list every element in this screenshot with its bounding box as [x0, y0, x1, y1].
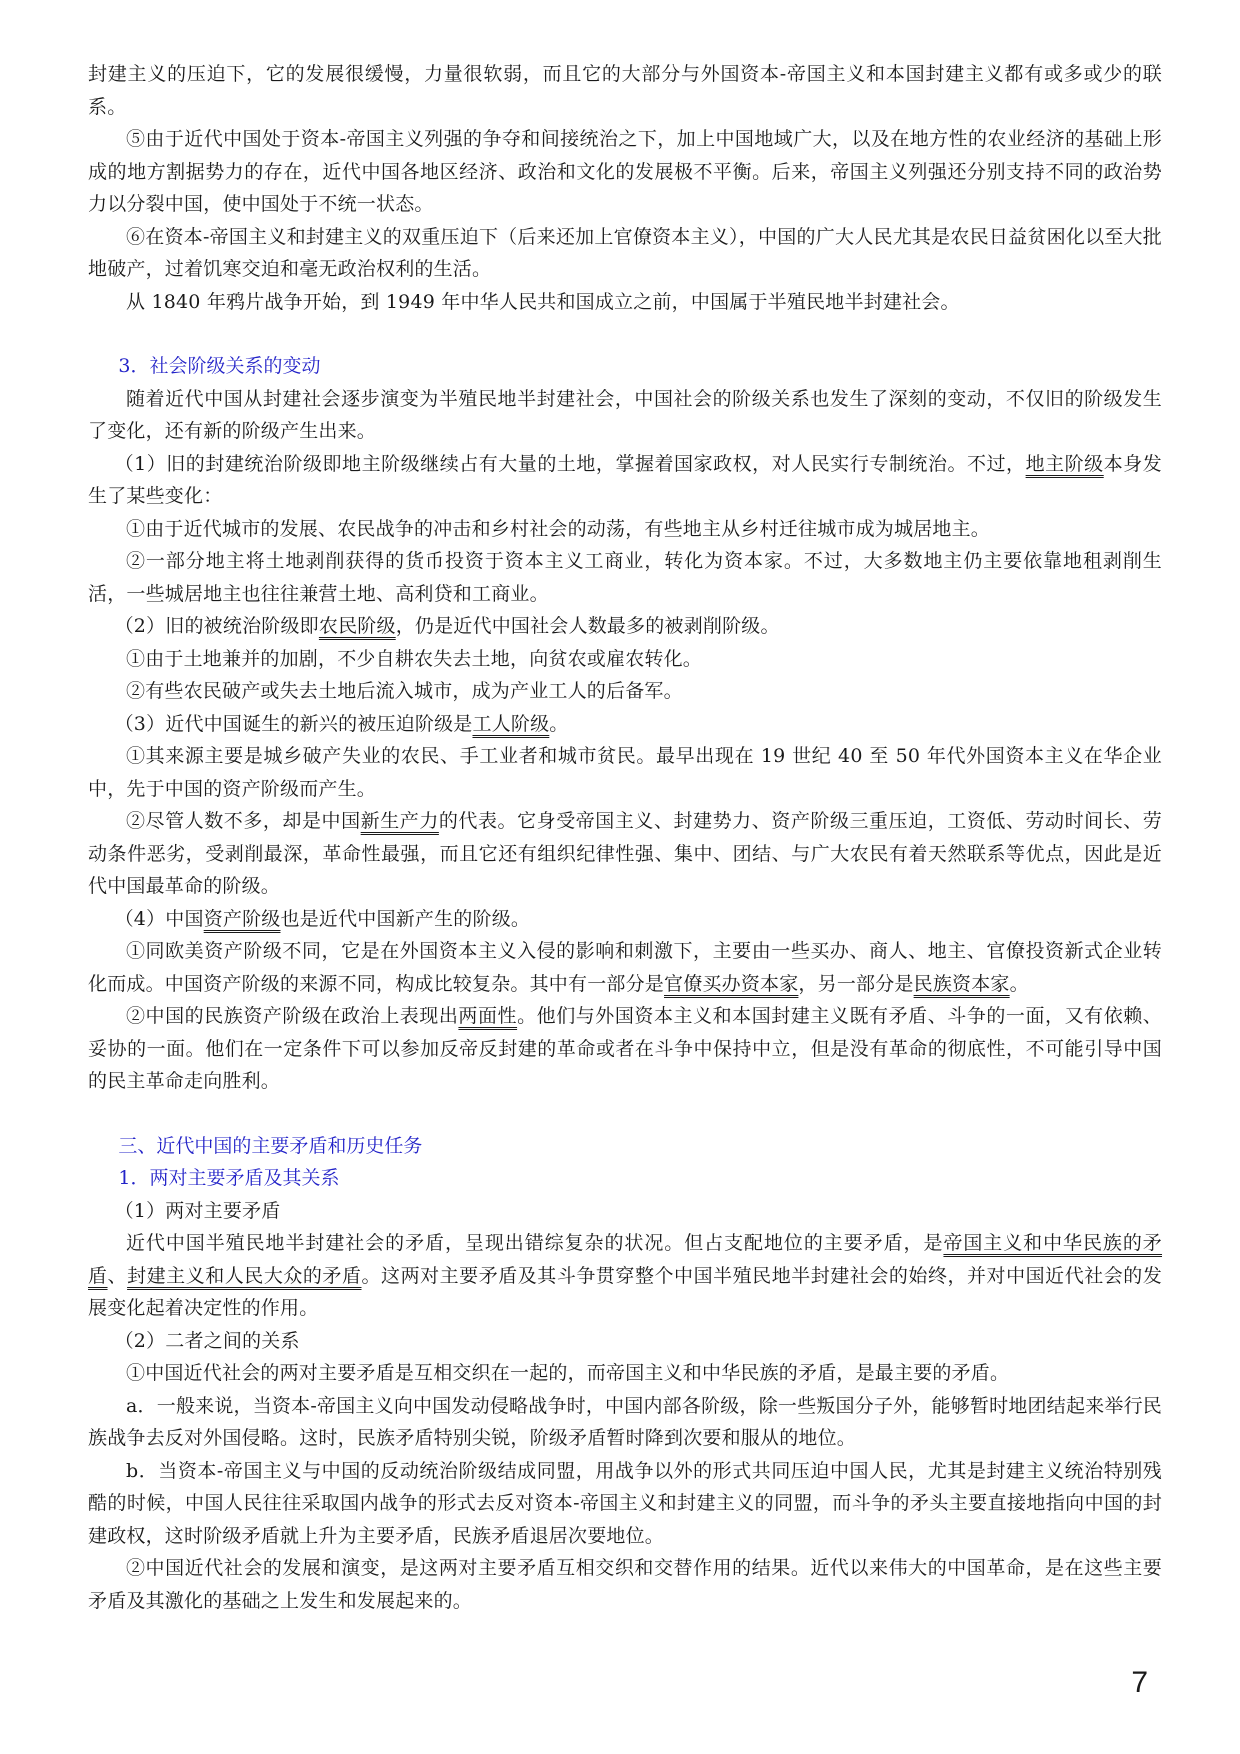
- key-term: 封建主义和人民大众的矛盾: [127, 1265, 361, 1287]
- text: （4）中国: [115, 908, 204, 930]
- key-term: 民族资本家: [914, 973, 1010, 995]
- key-term: 两面性: [458, 1005, 517, 1027]
- paragraph: （4）中国资产阶级也是近代中国新产生的阶级。: [88, 903, 1162, 936]
- text: ，另一部分是: [798, 973, 913, 995]
- list-item: ①由于近代城市的发展、农民战争的冲击和乡村社会的动荡，有些地主从乡村迁往城市成为…: [88, 513, 1162, 546]
- key-term: 官僚买办资本家: [664, 973, 798, 995]
- text: 也是近代中国新产生的阶级。: [281, 908, 531, 930]
- part-heading: 三、近代中国的主要矛盾和历史任务: [88, 1130, 1162, 1163]
- paragraph: ⑤由于近代中国处于资本-帝国主义列强的争夺和间接统治之下，加上中国地域广大，以及…: [88, 123, 1162, 221]
- text: ②尽管人数不多，却是中国: [126, 810, 361, 832]
- key-term: 地主阶级: [1026, 453, 1104, 475]
- paragraph: 随着近代中国从封建社会逐步演变为半殖民地半封建社会，中国社会的阶级关系也发生了深…: [88, 383, 1162, 448]
- text: ，仍是近代中国社会人数最多的被剥削阶级。: [396, 615, 780, 637]
- list-item: ①中国近代社会的两对主要矛盾是互相交织在一起的，而帝国主义和中华民族的矛盾，是最…: [88, 1357, 1162, 1390]
- paragraph: （2）旧的被统治阶级即农民阶级，仍是近代中国社会人数最多的被剥削阶级。: [88, 610, 1162, 643]
- key-term: 资产阶级: [204, 908, 281, 930]
- page-number: 7: [1131, 1666, 1148, 1700]
- text: （3）近代中国诞生的新兴的被压迫阶级是: [115, 713, 473, 735]
- list-item: ②一部分地主将土地剥削获得的货币投资于资本主义工商业，转化为资本家。不过，大多数…: [88, 545, 1162, 610]
- list-item: a．一般来说，当资本-帝国主义向中国发动侵略战争时，中国内部各阶级，除一些叛国分…: [88, 1390, 1162, 1455]
- key-term: 农民阶级: [319, 615, 396, 637]
- text: 。: [549, 713, 568, 735]
- list-item: ②有些农民破产或失去土地后流入城市，成为产业工人的后备军。: [88, 675, 1162, 708]
- subsection-title: （2）二者之间的关系: [88, 1325, 1162, 1358]
- paragraph: 近代中国半殖民地半封建社会的矛盾，呈现出错综复杂的状况。但占支配地位的主要矛盾，…: [88, 1227, 1162, 1325]
- text: （2）旧的被统治阶级即: [115, 615, 319, 637]
- list-item: ①其来源主要是城乡破产失业的农民、手工业者和城市贫民。最早出现在 19 世纪 4…: [88, 740, 1162, 805]
- paragraph: ⑥在资本-帝国主义和封建主义的双重压迫下（后来还加上官僚资本主义），中国的广大人…: [88, 221, 1162, 286]
- subsection-title: （1）两对主要矛盾: [88, 1195, 1162, 1228]
- text: （1）旧的封建统治阶级即地主阶级继续占有大量的土地，掌握着国家政权，对人民实行专…: [115, 453, 1026, 475]
- text: 近代中国半殖民地半封建社会的矛盾，呈现出错综复杂的状况。但占支配地位的主要矛盾，…: [126, 1232, 943, 1254]
- paragraph: （3）近代中国诞生的新兴的被压迫阶级是工人阶级。: [88, 708, 1162, 741]
- document-page: 封建主义的压迫下，它的发展很缓慢，力量很软弱，而且它的大部分与外国资本-帝国主义…: [88, 58, 1162, 1617]
- list-item: ①由于土地兼并的加剧，不少自耕农失去土地，向贫农或雇农转化。: [88, 643, 1162, 676]
- section-heading: 1．两对主要矛盾及其关系: [88, 1162, 1162, 1195]
- paragraph: 从 1840 年鸦片战争开始，到 1949 年中华人民共和国成立之前，中国属于半…: [88, 286, 1162, 319]
- paragraph: 封建主义的压迫下，它的发展很缓慢，力量很软弱，而且它的大部分与外国资本-帝国主义…: [88, 58, 1162, 123]
- section-heading: 3．社会阶级关系的变动: [88, 350, 1162, 383]
- paragraph: （1）旧的封建统治阶级即地主阶级继续占有大量的土地，掌握着国家政权，对人民实行专…: [88, 448, 1162, 513]
- text: 。: [1010, 973, 1029, 995]
- list-item: ②尽管人数不多，却是中国新生产力的代表。它身受帝国主义、封建势力、资产阶级三重压…: [88, 805, 1162, 903]
- key-term: 新生产力: [361, 810, 439, 832]
- list-item: ①同欧美资产阶级不同，它是在外国资本主义入侵的影响和刺激下，主要由一些买办、商人…: [88, 935, 1162, 1000]
- key-term: 工人阶级: [472, 713, 549, 735]
- list-item: ②中国的民族资产阶级在政治上表现出两面性。他们与外国资本主义和本国封建主义既有矛…: [88, 1000, 1162, 1098]
- list-item: b．当资本-帝国主义与中国的反动统治阶级结成同盟，用战争以外的形式共同压迫中国人…: [88, 1455, 1162, 1553]
- list-item: ②中国近代社会的发展和演变，是这两对主要矛盾互相交织和交替作用的结果。近代以来伟…: [88, 1552, 1162, 1617]
- text: 、: [108, 1265, 128, 1287]
- text: ②中国的民族资产阶级在政治上表现出: [126, 1005, 458, 1027]
